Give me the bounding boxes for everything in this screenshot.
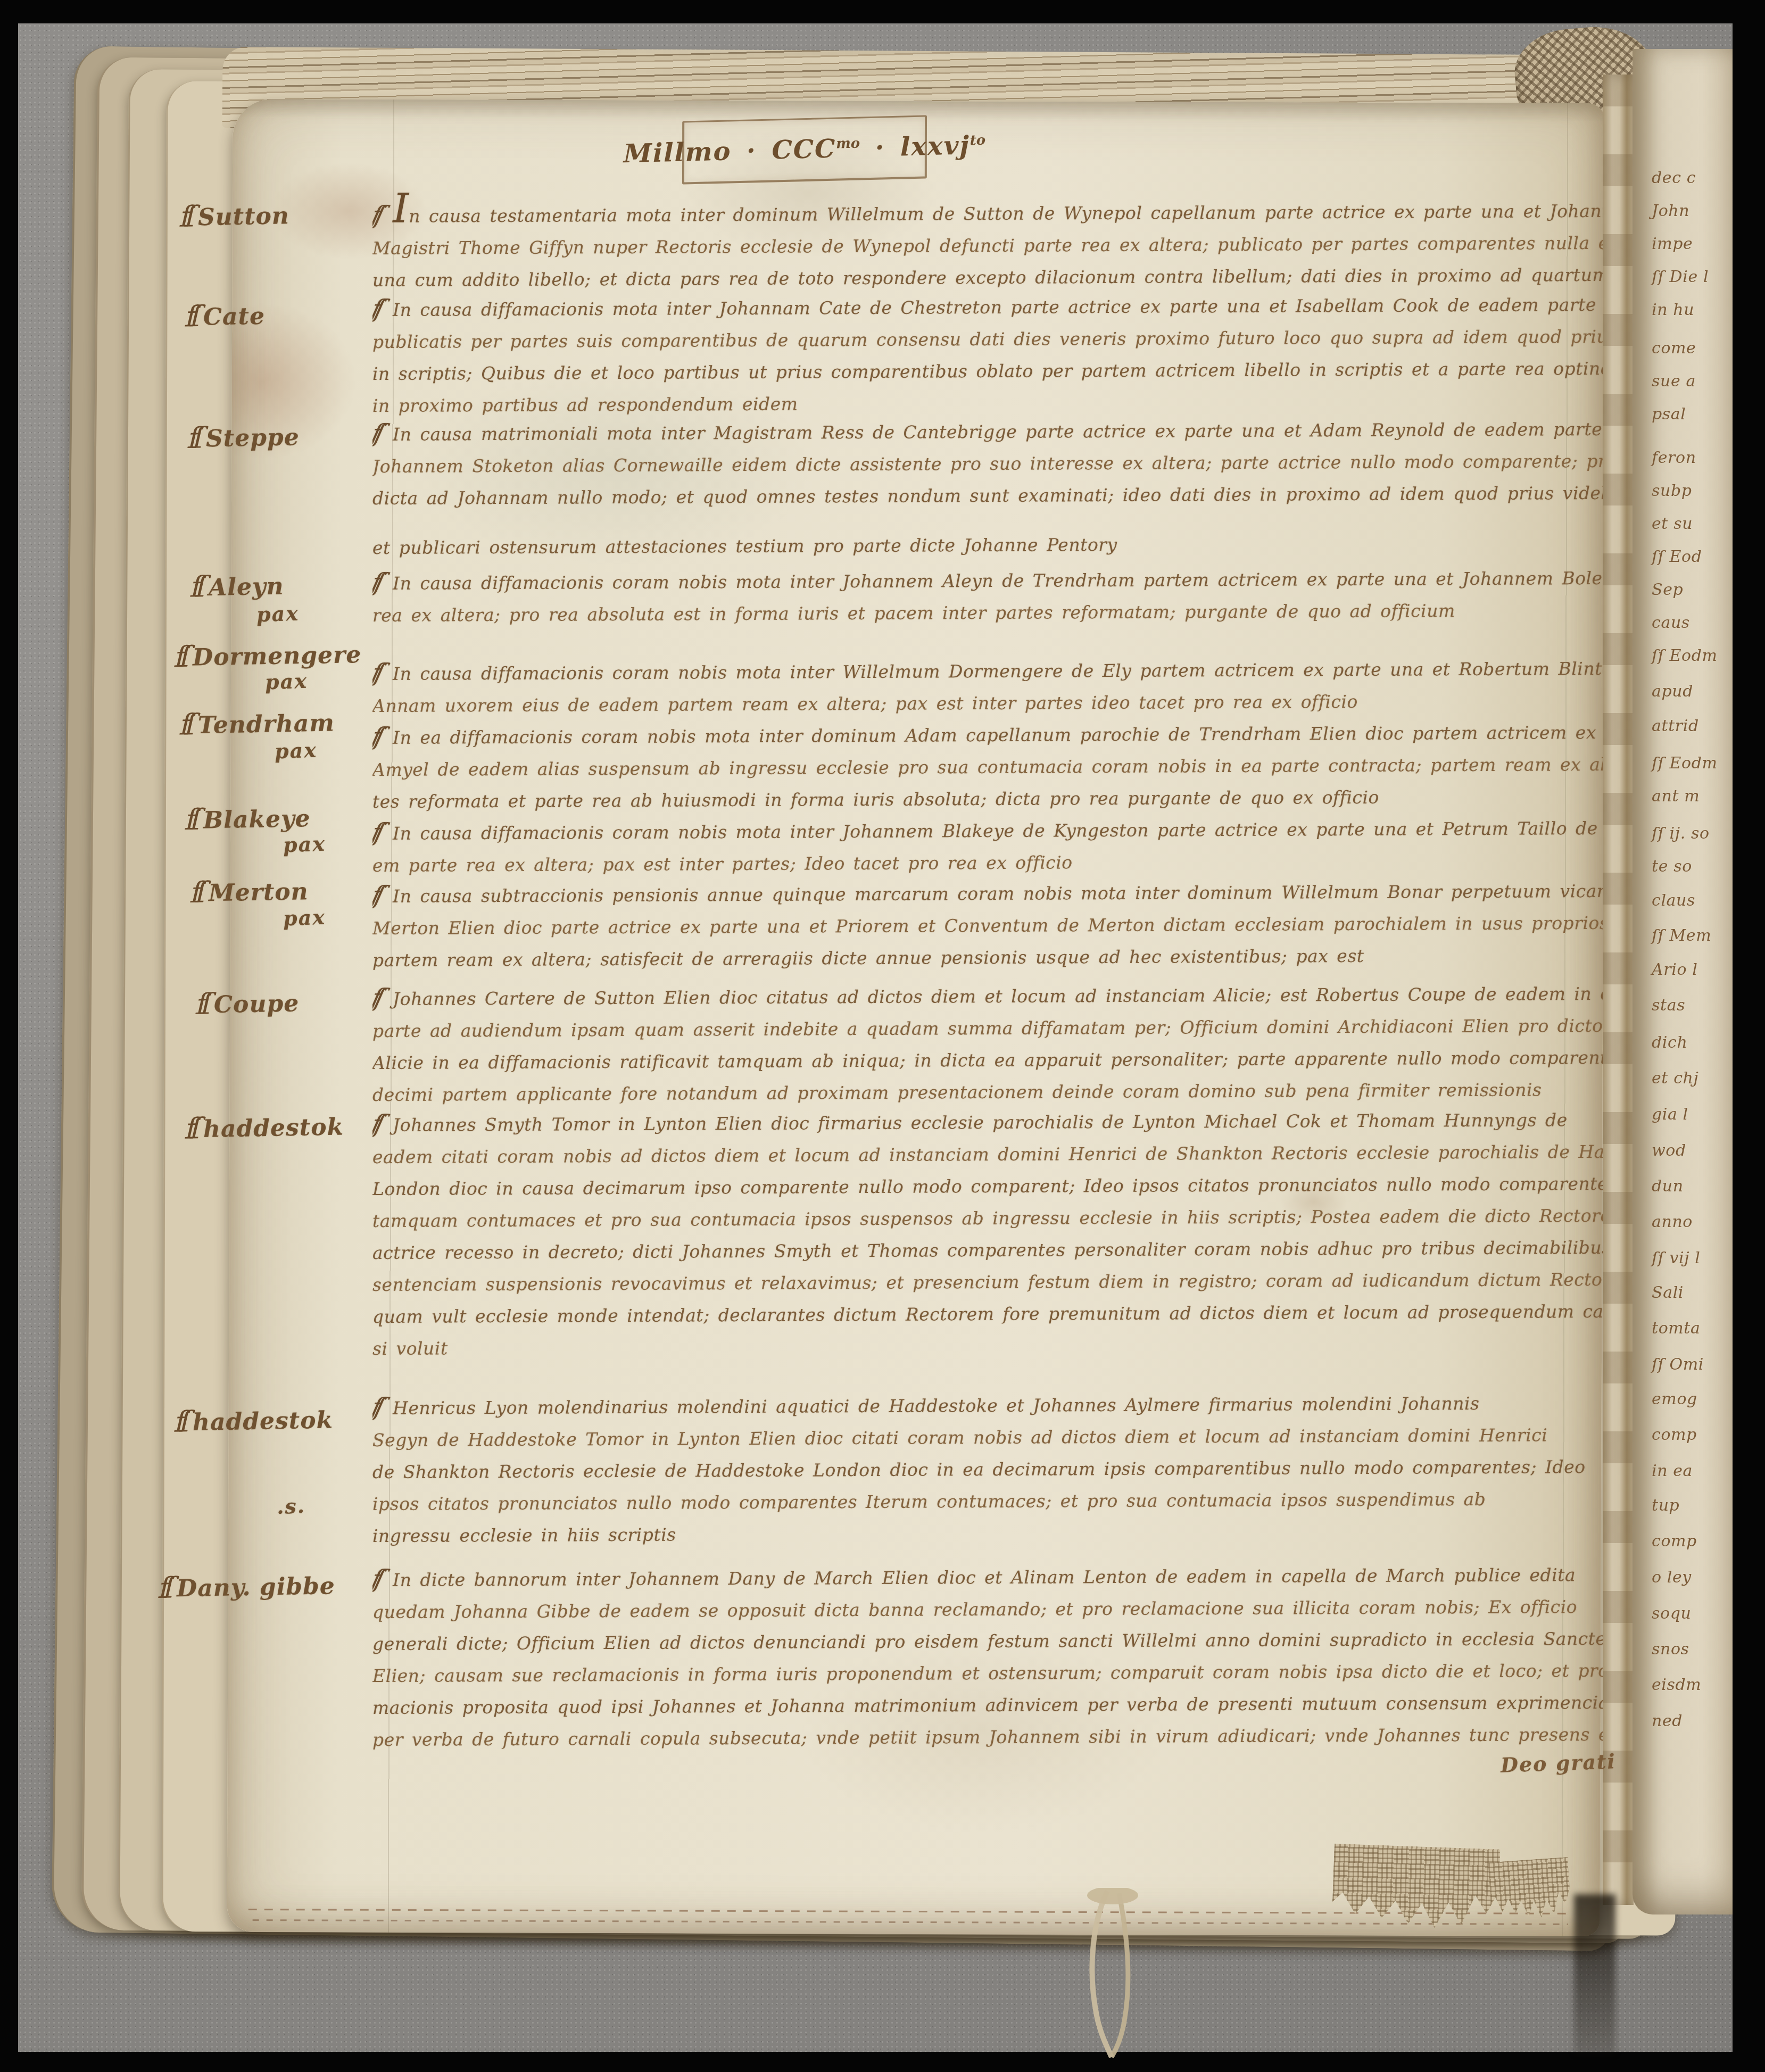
manuscript-line: Amyel de eadem alias suspensum ab ingres… xyxy=(372,749,1603,786)
manuscript-line-text: Merton Elien dioc parte actrice ex parte… xyxy=(372,912,1603,939)
binding-gutter xyxy=(1603,74,1634,1905)
court-entry: ſſJohannes Smyth Tomor in Lynton Elien d… xyxy=(372,1107,1603,1365)
court-entry: ſſHenricus Lyon molendinarius molendini … xyxy=(372,1390,1603,1552)
court-entry: ſſIn causa diffamacionis coram nobis mot… xyxy=(372,565,1603,632)
manuscript-line-text: in scriptis; Quibus die et loco partibus… xyxy=(372,358,1603,384)
manuscript-line-text: ipsos citatos pronunciatos nullo modo co… xyxy=(372,1489,1486,1514)
manuscript-line-text: tamquam contumaces et pro sua contumacia… xyxy=(372,1205,1603,1231)
manuscript-photo: Millmo · CCCmo · lxxvjto ſſSuttonſſCateſ… xyxy=(0,0,1765,2072)
manuscript-line: quam vult ecclesie monde intendat; decla… xyxy=(372,1296,1603,1333)
manuscript-line-text: quam vult ecclesie monde intendat; decla… xyxy=(372,1300,1603,1327)
manuscript-line: quedam Johanna Gibbe de eadem se opposui… xyxy=(372,1591,1603,1628)
manuscript-line: London dioc in causa decimarum ipso comp… xyxy=(372,1168,1603,1205)
manuscript-line-text: n causa testamentaria mota inter dominum… xyxy=(409,198,1603,226)
paragraph-mark-icon: ſſ xyxy=(372,417,383,449)
manuscript-line-text: eadem citati coram nobis ad dictos diem … xyxy=(372,1141,1603,1167)
manuscript-line: ingressu ecclesie in hiis scriptis xyxy=(372,1515,1603,1552)
manuscript-line: Johannem Stoketon alias Cornewaille eide… xyxy=(372,445,1603,483)
paragraph-mark-icon: ſſ xyxy=(372,982,383,1014)
manuscript-line-text: In causa diffamacionis mota inter Johann… xyxy=(393,294,1603,320)
manuscript-line: Merton Elien dioc parte actrice ex parte… xyxy=(372,907,1603,944)
manuscript-line: ſſIn causa diffamacionis coram nobis mot… xyxy=(372,650,1603,690)
manuscript-line-text: Johannem Stoketon alias Cornewaille eide… xyxy=(372,450,1603,477)
manuscript-line-text: In causa matrimoniali mota inter Magistr… xyxy=(393,418,1603,445)
manuscript-line-text: In causa diffamacionis coram nobis mota … xyxy=(393,818,1603,844)
manuscript-line: per verba de futuro carnali copula subse… xyxy=(372,1719,1603,1756)
manuscript-line: Segyn de Haddestoke Tomor in Lynton Elie… xyxy=(372,1419,1603,1456)
manuscript-line-text: decimi partem applicante fore notandum a… xyxy=(372,1079,1542,1105)
manuscript-line: dicta ad Johannam nullo modo; et quod om… xyxy=(372,477,1603,515)
manuscript-line: ſſIn causa diffamacionis coram nobis mot… xyxy=(372,810,1603,850)
court-entry: ſſIn ea diffamacionis coram nobis mota i… xyxy=(372,719,1603,818)
manuscript-line-text: In causa diffamacionis coram nobis mota … xyxy=(393,658,1603,684)
manuscript-line-text: actrice recesso in decreto; dicti Johann… xyxy=(372,1237,1603,1263)
manuscript-line-text: partem ream ex altera; satisfecit de arr… xyxy=(372,946,1364,971)
court-entry: et publicari ostensurum attestaciones te… xyxy=(372,532,1603,564)
paragraph-mark-icon: ſſ xyxy=(372,879,383,911)
court-entry: ſſIn causa matrimoniali mota inter Magis… xyxy=(372,416,1603,515)
paragraph-mark-icon: ſſ xyxy=(372,720,383,752)
manuscript-line: eadem citati coram nobis ad dictos diem … xyxy=(372,1136,1603,1173)
court-entries-column: ſſIn causa testamentaria mota inter domi… xyxy=(372,0,1603,2072)
manuscript-line: Elien; causam sue reclamacionis in forma… xyxy=(372,1655,1603,1692)
manuscript-line: ſſIn dicte bannorum inter Johannem Dany … xyxy=(372,1556,1603,1596)
paragraph-mark-icon: ſſ xyxy=(372,657,383,689)
court-entry: ſſIn causa diffamacionis coram nobis mot… xyxy=(372,815,1603,882)
paragraph-mark-icon: ſſ xyxy=(372,566,383,598)
manuscript-line: parte ad audiendum ipsam quam asserit in… xyxy=(372,1010,1603,1047)
paragraph-mark-icon: ſſ xyxy=(372,816,383,848)
manuscript-line: macionis proposita quod ipsi Johannes et… xyxy=(372,1687,1603,1724)
manuscript-line: rea ex altera; pro rea absoluta est in f… xyxy=(372,594,1603,632)
facing-page-edge xyxy=(1633,49,1733,1914)
paragraph-mark-icon: ſſ xyxy=(372,293,383,325)
court-entry: ſſIn causa subtraccionis pensionis annue… xyxy=(372,878,1603,976)
manuscript-line-text: Alicie in ea diffamacionis ratificavit t… xyxy=(372,1047,1603,1073)
manuscript-line: in scriptis; Quibus die et loco partibus… xyxy=(372,353,1603,390)
manuscript-line-text: dicta ad Johannam nullo modo; et quod om… xyxy=(372,482,1603,509)
court-entry: ſſIn dicte bannorum inter Johannem Dany … xyxy=(372,1562,1603,1756)
paragraph-mark-icon: ſſ xyxy=(372,1108,383,1140)
court-entry: ſſJohannes Cartere de Sutton Elien dioc … xyxy=(372,981,1603,1111)
manuscript-line-text: Segyn de Haddestoke Tomor in Lynton Elie… xyxy=(372,1424,1547,1451)
manuscript-line: sentenciam suspensionis revocavimus et r… xyxy=(372,1264,1603,1301)
manuscript-line: publicatis per partes suis comparentibus… xyxy=(372,321,1603,358)
manuscript-line: si voluit xyxy=(372,1328,1603,1365)
manuscript-line-text: London dioc in causa decimarum ipso comp… xyxy=(372,1173,1603,1199)
paragraph-mark-icon: ſſ xyxy=(372,199,383,231)
manuscript-line: ſſIn causa diffamacionis mota inter Joha… xyxy=(372,286,1603,326)
manuscript-line-text: In causa subtraccionis pensionis annue q… xyxy=(393,880,1603,907)
manuscript-line: ſſIn causa matrimoniali mota inter Magis… xyxy=(372,411,1603,451)
manuscript-line-text: quedam Johanna Gibbe de eadem se opposui… xyxy=(372,1596,1577,1622)
manuscript-line-text: parte ad audiendum ipsam quam asserit in… xyxy=(372,1015,1603,1041)
manuscript-line-text: macionis proposita quod ipsi Johannes et… xyxy=(372,1692,1603,1718)
manuscript-line-text: in proximo partibus ad respondendum eide… xyxy=(372,394,798,416)
manuscript-line-text: em parte rea ex altera; pax est inter pa… xyxy=(372,852,1073,876)
manuscript-line-text: ingressu ecclesie in hiis scriptis xyxy=(372,1524,676,1546)
manuscript-line: Alicie in ea diffamacionis ratificavit t… xyxy=(372,1042,1603,1079)
manuscript-line-text: publicatis per partes suis comparentibus… xyxy=(372,325,1603,352)
manuscript-line: ſſJohannes Cartere de Sutton Elien dioc … xyxy=(372,975,1603,1015)
manuscript-line-text: generali dicte; Officium Elien ad dictos… xyxy=(372,1627,1603,1654)
manuscript-line-text: sentenciam suspensionis revocavimus et r… xyxy=(372,1268,1603,1295)
manuscript-line-text: Magistri Thome Giffyn nuper Rectoris ecc… xyxy=(372,231,1603,259)
manuscript-line: ſſHenricus Lyon molendinarius molendini … xyxy=(372,1385,1603,1424)
manuscript-line-text: tes reformata et parte rea ab huiusmodi … xyxy=(372,787,1379,812)
manuscript-line: actrice recesso in decreto; dicti Johann… xyxy=(372,1232,1603,1269)
manuscript-line: de Shankton Rectoris ecclesie de Haddest… xyxy=(372,1451,1603,1488)
manuscript-line: Magistri Thome Giffyn nuper Rectoris ecc… xyxy=(372,227,1603,264)
manuscript-line-text: Johannes Cartere de Sutton Elien dioc ci… xyxy=(393,983,1603,1009)
manuscript-line: ſſIn causa diffamacionis coram nobis mot… xyxy=(372,560,1603,600)
manuscript-line: tamquam contumaces et pro sua contumacia… xyxy=(372,1200,1603,1237)
manuscript-line-text: In ea diffamacionis coram nobis mota int… xyxy=(393,721,1603,748)
manuscript-line-text: In dicte bannorum inter Johannem Dany de… xyxy=(393,1564,1576,1590)
manuscript-line-text: rea ex altera; pro rea absoluta est in f… xyxy=(372,600,1455,626)
paragraph-mark-icon: ſſ xyxy=(372,1563,383,1595)
opening-initial: I xyxy=(393,185,409,232)
manuscript-line-text: de Shankton Rectoris ecclesie de Haddest… xyxy=(372,1456,1586,1482)
court-entry: ſſIn causa testamentaria mota inter domi… xyxy=(372,193,1603,296)
paragraph-mark-icon: ſſ xyxy=(372,1391,383,1423)
manuscript-line: ſſIn causa subtraccionis pensionis annue… xyxy=(372,873,1603,913)
binding-thread-icon xyxy=(1056,1888,1184,2063)
court-entry: ſſIn causa diffamacionis coram nobis mot… xyxy=(372,656,1603,722)
manuscript-line: partem ream ex altera; satisfecit de arr… xyxy=(372,939,1603,976)
manuscript-line-text: Johannes Smyth Tomor in Lynton Elien dio… xyxy=(393,1109,1568,1136)
manuscript-line: ſſIn causa testamentaria mota inter domi… xyxy=(372,187,1603,233)
manuscript-line: et publicari ostensurum attestaciones te… xyxy=(372,527,1603,564)
manuscript-line: ſſJohannes Smyth Tomor in Lynton Elien d… xyxy=(372,1101,1603,1141)
manuscript-line-text: Amyel de eadem alias suspensum ab ingres… xyxy=(372,753,1603,780)
manuscript-line: ipsos citatos pronunciatos nullo modo co… xyxy=(372,1483,1603,1520)
manuscript-line-text: et publicari ostensurum attestaciones te… xyxy=(372,534,1117,558)
closing-note: Deo grati xyxy=(1500,1751,1616,1776)
manuscript-line-text: si voluit xyxy=(372,1338,448,1359)
manuscript-line-text: Elien; causam sue reclamacionis in forma… xyxy=(372,1660,1603,1686)
manuscript-line-text: Annam uxorem eius de eadem partem ream e… xyxy=(372,691,1358,716)
court-entry: ſſIn causa diffamacionis mota inter Joha… xyxy=(372,292,1603,422)
manuscript-line-text: per verba de futuro carnali copula subse… xyxy=(372,1723,1603,1750)
manuscript-line: ſſIn ea diffamacionis coram nobis mota i… xyxy=(372,714,1603,754)
manuscript-line: generali dicte; Officium Elien ad dictos… xyxy=(372,1623,1603,1660)
manuscript-line-text: In causa diffamacionis coram nobis mota … xyxy=(393,567,1603,594)
manuscript-line-text: Henricus Lyon molendinarius molendini aq… xyxy=(393,1393,1479,1419)
